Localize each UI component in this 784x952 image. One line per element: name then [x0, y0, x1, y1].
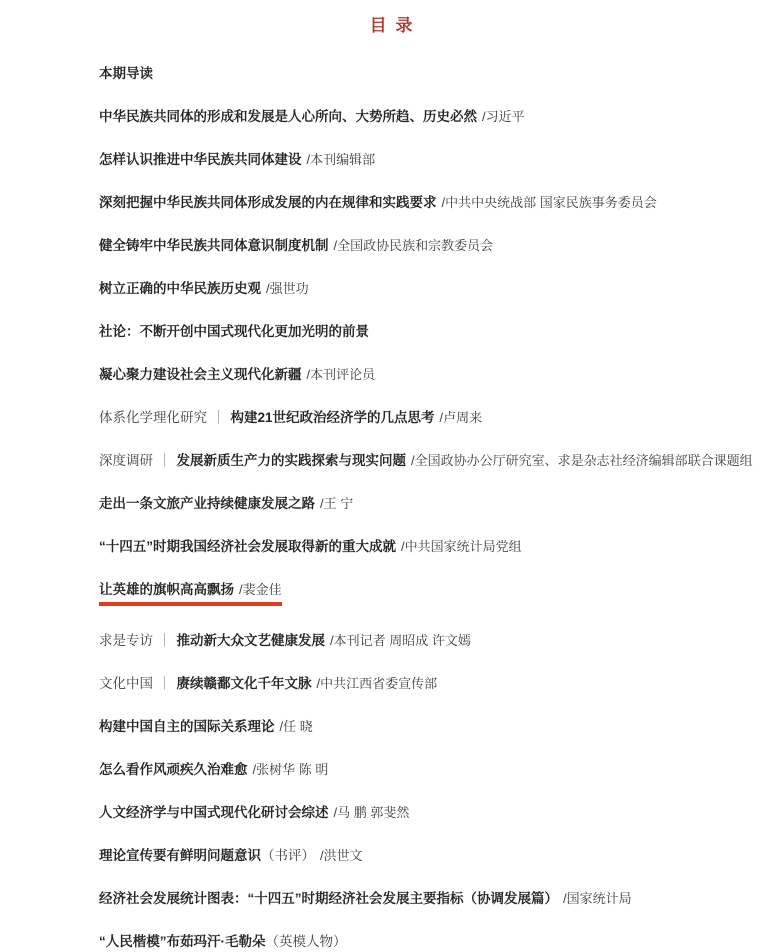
toc-item-line: 中华民族共同体的形成和发展是人心所向、大势所趋、历史必然/习近平 — [99, 109, 525, 125]
toc-item: 文化中国｜赓续赣鄱文化千年文脉/中共江西省委宣传部 — [99, 676, 774, 692]
toc-item-title[interactable]: “十四五”时期我国经济社会发展取得新的重大成就 — [99, 539, 396, 554]
toc-item-line: “十四五”时期我国经济社会发展取得新的重大成就/中共国家统计局党组 — [99, 539, 522, 555]
toc-item: 中华民族共同体的形成和发展是人心所向、大势所趋、历史必然/习近平 — [99, 109, 774, 125]
toc-item-category: 深度调研 — [99, 453, 153, 468]
toc-item-line: 求是专访｜推动新大众文艺健康发展/本刊记者 周昭成 许文嫣 — [99, 633, 471, 649]
toc-item-author: /本刊记者 周昭成 许文嫣 — [330, 633, 471, 648]
toc-item: 健全铸牢中华民族共同体意识制度机制/全国政协民族和宗教委员会 — [99, 238, 774, 254]
toc-item-title[interactable]: 深刻把握中华民族共同体形成发展的内在规律和实践要求 — [99, 195, 437, 210]
toc-item-category: 体系化学理化研究 — [99, 410, 207, 425]
toc-item-line: 树立正确的中华民族历史观/强世功 — [99, 281, 309, 297]
toc-item: 社论：不断开创中国式现代化更加光明的前景 — [99, 324, 774, 340]
toc-list: 本期导读 中华民族共同体的形成和发展是人心所向、大势所趋、历史必然/习近平 怎样… — [0, 66, 784, 950]
toc-item-line: 理论宣传要有鲜明问题意识（书评）/洪世文 — [99, 848, 363, 864]
toc-item: 理论宣传要有鲜明问题意识（书评）/洪世文 — [99, 848, 774, 864]
page-title: 目 录 — [0, 14, 784, 38]
toc-item-author: /本刊评论员 — [307, 367, 376, 382]
toc-item-title[interactable]: 构建中国自主的国际关系理论 — [99, 719, 275, 734]
toc-item-separator: ｜ — [158, 633, 172, 648]
toc-item-author: /本刊编辑部 — [307, 152, 376, 167]
toc-item: 走出一条文旅产业持续健康发展之路/王 宁 — [99, 496, 774, 512]
toc-item-title[interactable]: 经济社会发展统计图表：“十四五”时期经济社会发展主要指标（协调发展篇） — [99, 891, 558, 906]
toc-item-line: 经济社会发展统计图表：“十四五”时期经济社会发展主要指标（协调发展篇）/国家统计… — [99, 891, 632, 907]
toc-item-author: /中共江西省委宣传部 — [317, 676, 438, 691]
toc-item-line: 体系化学理化研究｜构建21世纪政治经济学的几点思考/卢周来 — [99, 410, 482, 426]
toc-item-title[interactable]: 健全铸牢中华民族共同体意识制度机制 — [99, 238, 329, 253]
toc-item: 深刻把握中华民族共同体形成发展的内在规律和实践要求/中共中央统战部 国家民族事务… — [99, 195, 774, 211]
toc-item-separator: ｜ — [212, 410, 226, 425]
toc-item-author: /任 晓 — [280, 719, 313, 734]
toc-item-title[interactable]: 赓续赣鄱文化千年文脉 — [177, 676, 312, 691]
toc-item-title[interactable]: 构建21世纪政治经济学的几点思考 — [231, 410, 435, 425]
toc-item: 构建中国自主的国际关系理论/任 晓 — [99, 719, 774, 735]
toc-item: 树立正确的中华民族历史观/强世功 — [99, 281, 774, 297]
toc-item-line: 怎样认识推进中华民族共同体建设/本刊编辑部 — [99, 152, 375, 168]
toc-item-author: /马 鹏 郭斐然 — [334, 805, 410, 820]
toc-item-author: /张树华 陈 明 — [253, 762, 329, 777]
toc-item: 让英雄的旗帜高高飘扬/裴金佳 — [99, 582, 774, 606]
toc-item: “十四五”时期我国经济社会发展取得新的重大成就/中共国家统计局党组 — [99, 539, 774, 555]
toc-item-author: /裴金佳 — [239, 582, 282, 597]
toc-item-line: 让英雄的旗帜高高飘扬/裴金佳 — [99, 582, 282, 606]
toc-item-title[interactable]: 理论宣传要有鲜明问题意识 — [99, 848, 261, 863]
toc-item: 凝心聚力建设社会主义现代化新疆/本刊评论员 — [99, 367, 774, 383]
toc-item-line: 社论：不断开创中国式现代化更加光明的前景 — [99, 324, 369, 340]
toc-item-line: 健全铸牢中华民族共同体意识制度机制/全国政协民族和宗教委员会 — [99, 238, 493, 254]
toc-item-author: /卢周来 — [440, 410, 483, 425]
toc-item-author: /中共国家统计局党组 — [401, 539, 522, 554]
toc-item-title[interactable]: 中华民族共同体的形成和发展是人心所向、大势所趋、历史必然 — [99, 109, 477, 124]
toc-item-line: 怎么看作风顽疾久治难愈/张树华 陈 明 — [99, 762, 328, 778]
toc-item: 怎么看作风顽疾久治难愈/张树华 陈 明 — [99, 762, 774, 778]
toc-item-author: /王 宁 — [320, 496, 353, 511]
toc-item-line: 凝心聚力建设社会主义现代化新疆/本刊评论员 — [99, 367, 375, 383]
toc-item-line: 走出一条文旅产业持续健康发展之路/王 宁 — [99, 496, 353, 512]
toc-item-title[interactable]: 让英雄的旗帜高高飘扬 — [99, 582, 234, 597]
toc-item-author: /全国政协办公厅研究室、求是杂志社经济编辑部联合课题组 — [411, 453, 753, 468]
toc-item-author: /全国政协民族和宗教委员会 — [334, 238, 494, 253]
toc-page: 目 录 本期导读 中华民族共同体的形成和发展是人心所向、大势所趋、历史必然/习近… — [0, 0, 784, 952]
toc-item-separator: ｜ — [158, 676, 172, 691]
toc-item-line: 深刻把握中华民族共同体形成发展的内在规律和实践要求/中共中央统战部 国家民族事务… — [99, 195, 657, 211]
toc-item: 深度调研｜发展新质生产力的实践探索与现实问题/全国政协办公厅研究室、求是杂志社经… — [99, 453, 774, 469]
toc-item-title[interactable]: 推动新大众文艺健康发展 — [177, 633, 326, 648]
toc-item-title[interactable]: 社论：不断开创中国式现代化更加光明的前景 — [99, 324, 369, 339]
toc-item-title[interactable]: 人文经济学与中国式现代化研讨会综述 — [99, 805, 329, 820]
toc-item-category: 文化中国 — [99, 676, 153, 691]
toc-item-author: /国家统计局 — [563, 891, 632, 906]
toc-item-author: /中共中央统战部 国家民族事务委员会 — [442, 195, 657, 210]
toc-item-suffix: （英模人物） — [266, 934, 347, 949]
toc-item: 本期导读 — [99, 66, 774, 82]
toc-item-title[interactable]: 凝心聚力建设社会主义现代化新疆 — [99, 367, 302, 382]
toc-item-line: 深度调研｜发展新质生产力的实践探索与现实问题/全国政协办公厅研究室、求是杂志社经… — [99, 453, 753, 469]
toc-item-title[interactable]: 怎么看作风顽疾久治难愈 — [99, 762, 248, 777]
toc-item-line: 构建中国自主的国际关系理论/任 晓 — [99, 719, 313, 735]
toc-item: 经济社会发展统计图表：“十四五”时期经济社会发展主要指标（协调发展篇）/国家统计… — [99, 891, 774, 907]
toc-item-title[interactable]: “人民楷模”布茹玛汗·毛勒朵 — [99, 934, 266, 949]
toc-item-line: 文化中国｜赓续赣鄱文化千年文脉/中共江西省委宣传部 — [99, 676, 437, 692]
toc-item-title[interactable]: 怎样认识推进中华民族共同体建设 — [99, 152, 302, 167]
toc-item-title[interactable]: 走出一条文旅产业持续健康发展之路 — [99, 496, 315, 511]
toc-item: 求是专访｜推动新大众文艺健康发展/本刊记者 周昭成 许文嫣 — [99, 633, 774, 649]
toc-item-category: 求是专访 — [99, 633, 153, 648]
toc-item-author: /洪世文 — [320, 848, 363, 863]
toc-item-line: “人民楷模”布茹玛汗·毛勒朵（英模人物） — [99, 934, 347, 950]
toc-item-author: /强世功 — [266, 281, 309, 296]
toc-item-line: 本期导读 — [99, 66, 153, 82]
toc-item: 人文经济学与中国式现代化研讨会综述/马 鹏 郭斐然 — [99, 805, 774, 821]
toc-item-title[interactable]: 树立正确的中华民族历史观 — [99, 281, 261, 296]
toc-item: “人民楷模”布茹玛汗·毛勒朵（英模人物） — [99, 934, 774, 950]
toc-item-line: 人文经济学与中国式现代化研讨会综述/马 鹏 郭斐然 — [99, 805, 409, 821]
toc-item-author: /习近平 — [482, 109, 525, 124]
toc-item: 体系化学理化研究｜构建21世纪政治经济学的几点思考/卢周来 — [99, 410, 774, 426]
toc-item-title[interactable]: 本期导读 — [99, 66, 153, 81]
toc-item: 怎样认识推进中华民族共同体建设/本刊编辑部 — [99, 152, 774, 168]
toc-item-title[interactable]: 发展新质生产力的实践探索与现实问题 — [177, 453, 407, 468]
toc-item-suffix: （书评） — [261, 848, 315, 863]
toc-item-separator: ｜ — [158, 453, 172, 468]
